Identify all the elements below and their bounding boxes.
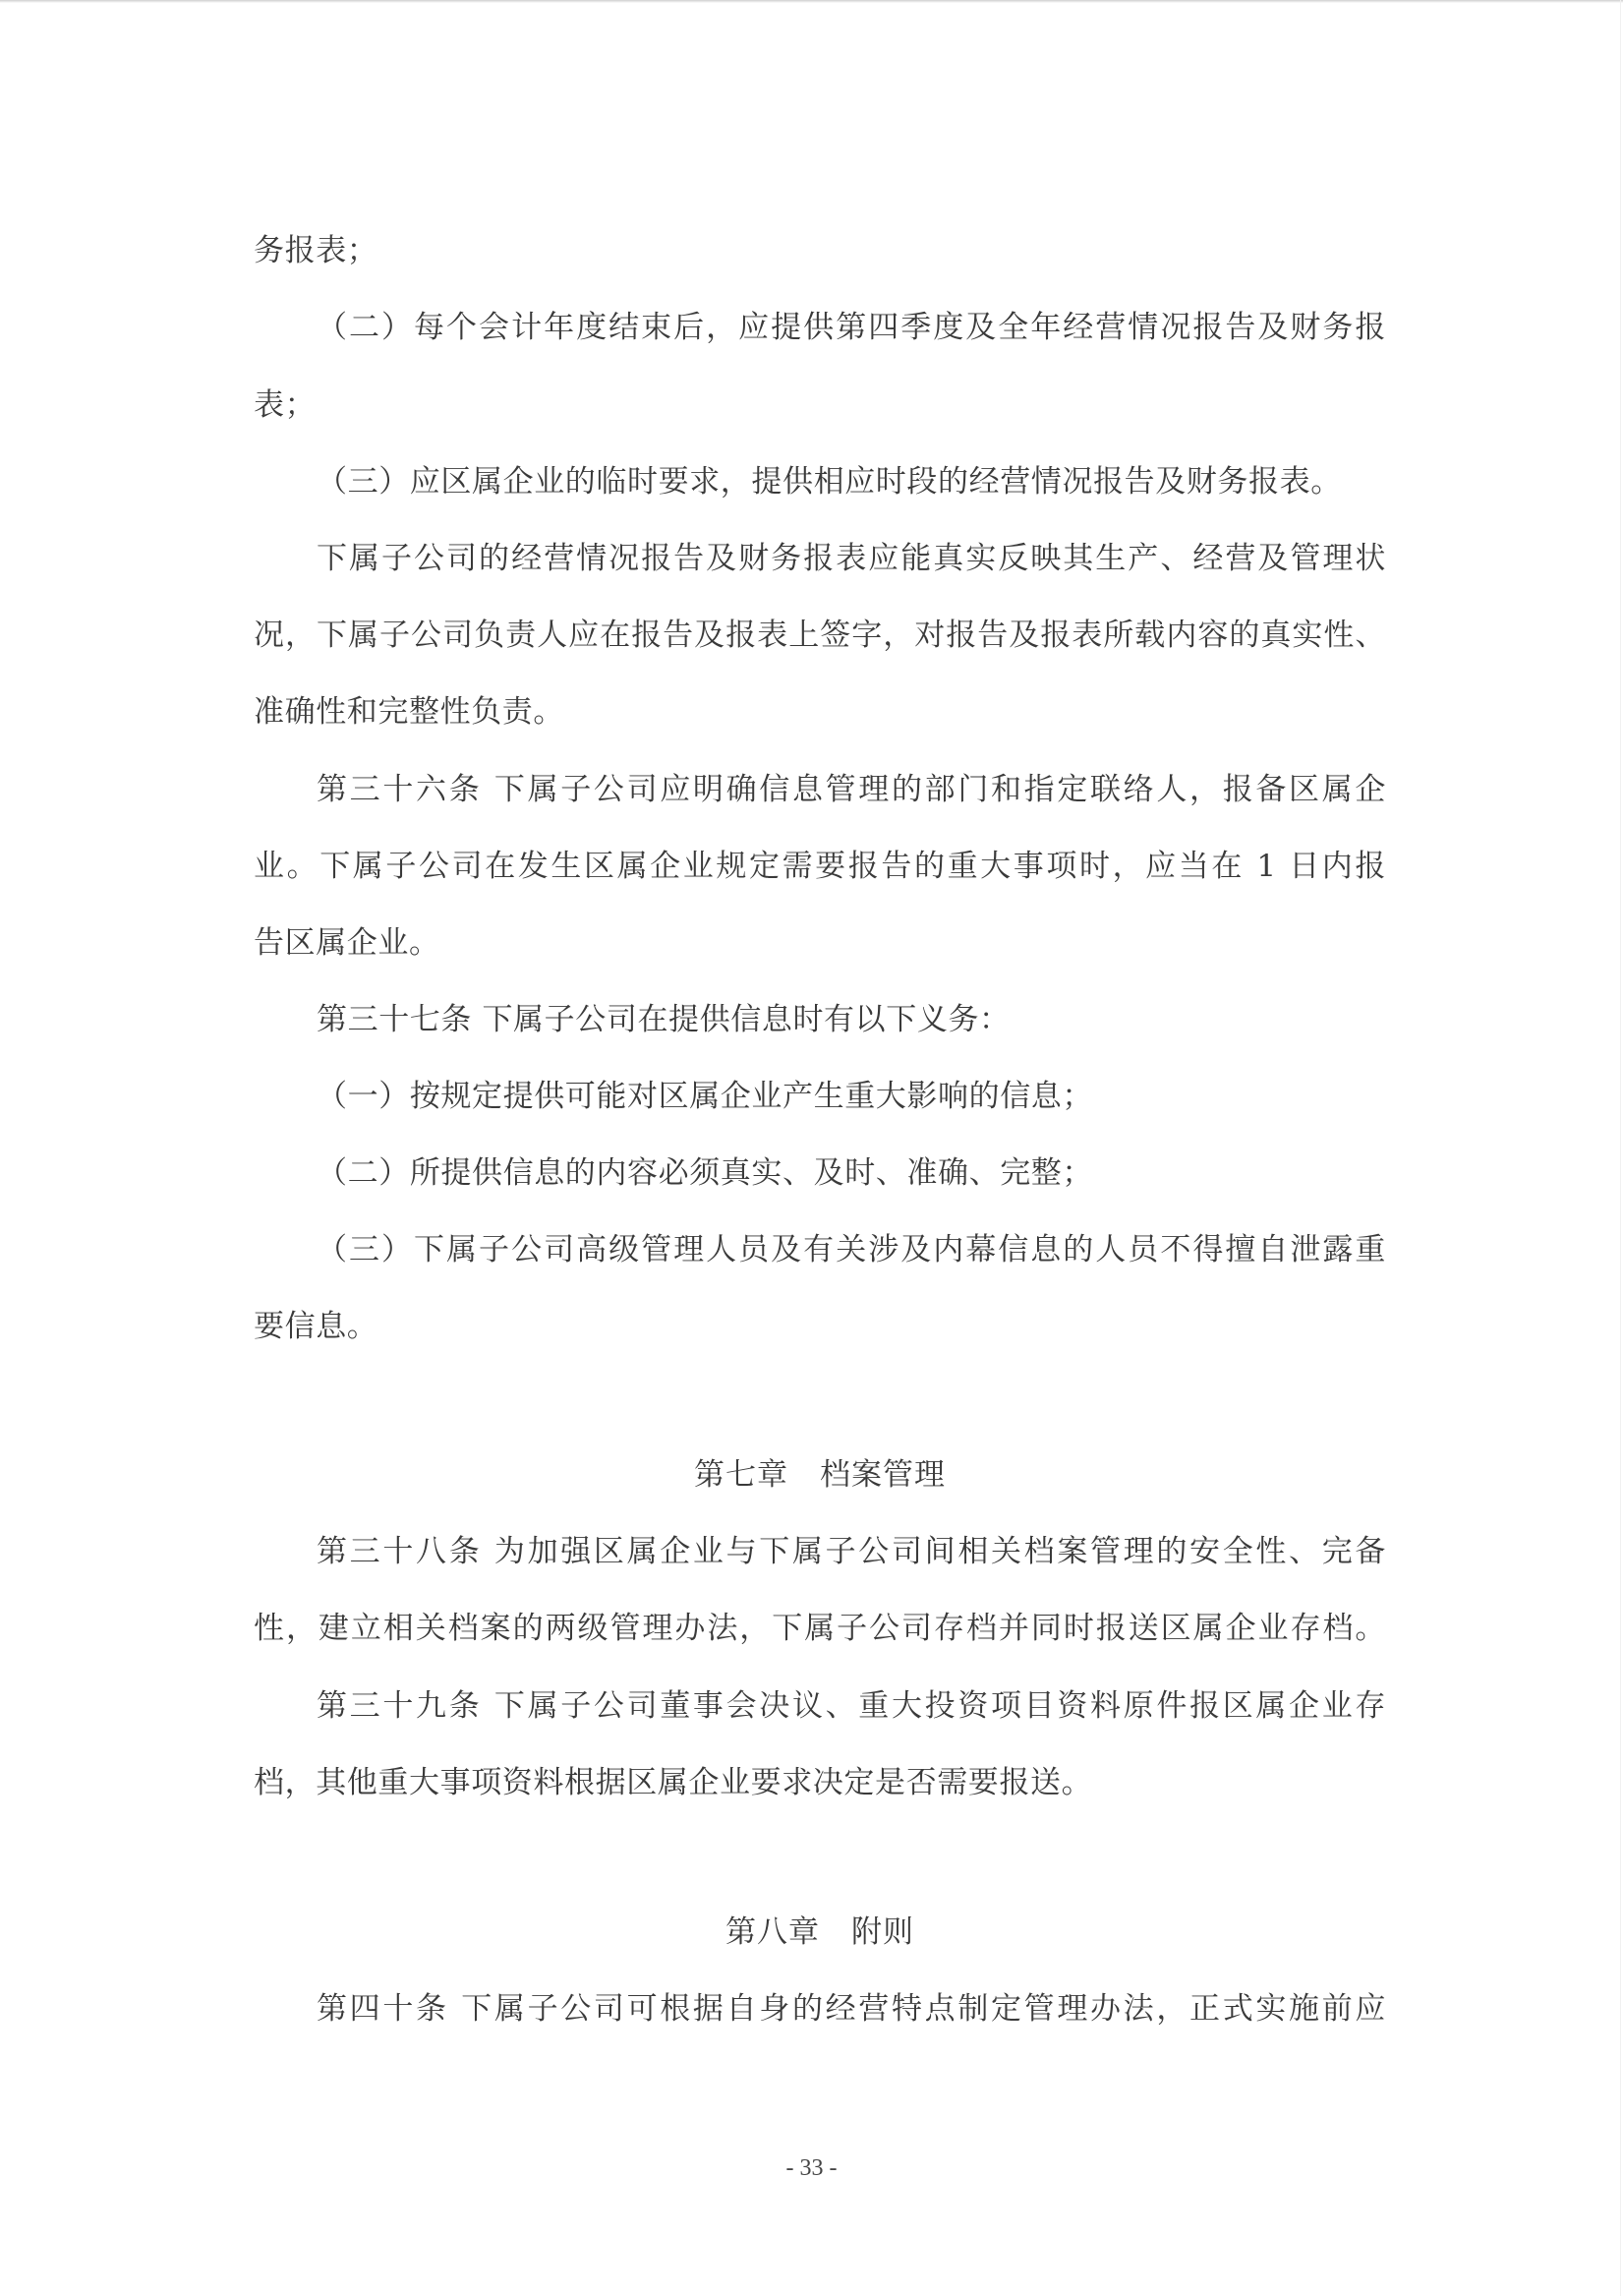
- article-36-line-1: 第三十六条 下属子公司应明确信息管理的部门和指定联络人，报备区属企: [254, 770, 1386, 809]
- paragraph-line: 下属子公司的经营情况报告及财务报表应能真实反映其生产、经营及管理状: [254, 539, 1386, 578]
- article-36-line-3: 告区属企业。: [254, 923, 1386, 963]
- list-item-2-line-1: （二）每个会计年度结束后，应提供第四季度及全年经营情况报告及财务报: [254, 308, 1386, 347]
- article-37-title: 第三十七条 下属子公司在提供信息时有以下义务：: [254, 1000, 1386, 1039]
- article-38-line-2: 性，建立相关档案的两级管理办法，下属子公司存档并同时报送区属企业存档。: [254, 1609, 1386, 1648]
- article-37-item-2: （二）所提供信息的内容必须真实、及时、准确、完整；: [254, 1153, 1386, 1193]
- article-40-line-1: 第四十条 下属子公司可根据自身的经营特点制定管理办法，正式实施前应: [254, 1989, 1386, 2029]
- article-37-item-3-line-1: （三）下属子公司高级管理人员及有关涉及内幕信息的人员不得擅自泄露重: [254, 1230, 1386, 1269]
- paragraph-line: 准确性和完整性负责。: [254, 692, 1386, 732]
- scan-top-edge: [0, 0, 1623, 3]
- scan-right-edge: [1620, 0, 1621, 2296]
- text-line: 务报表；: [254, 231, 1386, 270]
- list-item-3: （三）应区属企业的临时要求，提供相应时段的经营情况报告及财务报表。: [254, 462, 1386, 501]
- page-number: - 33 -: [0, 2153, 1623, 2183]
- list-item-2-line-2: 表；: [254, 385, 1386, 425]
- article-36-line-2: 业。下属子公司在发生区属企业规定需要报告的重大事项时，应当在 1 日内报: [254, 847, 1386, 886]
- article-37-item-3-line-2: 要信息。: [254, 1307, 1386, 1346]
- chapter-7-heading: 第七章 档案管理: [254, 1455, 1386, 1495]
- article-39-line-2: 档，其他重大事项资料根据区属企业要求决定是否需要报送。: [254, 1763, 1386, 1802]
- article-38-line-1: 第三十八条 为加强区属企业与下属子公司间相关档案管理的安全性、完备: [254, 1532, 1386, 1571]
- paragraph-line: 况，下属子公司负责人应在报告及报表上签字，对报告及报表所载内容的真实性、: [254, 616, 1386, 655]
- article-37-item-1: （一）按规定提供可能对区属企业产生重大影响的信息；: [254, 1077, 1386, 1116]
- article-39-line-1: 第三十九条 下属子公司董事会决议、重大投资项目资料原件报区属企业存: [254, 1686, 1386, 1726]
- chapter-8-heading: 第八章 附则: [254, 1913, 1386, 1952]
